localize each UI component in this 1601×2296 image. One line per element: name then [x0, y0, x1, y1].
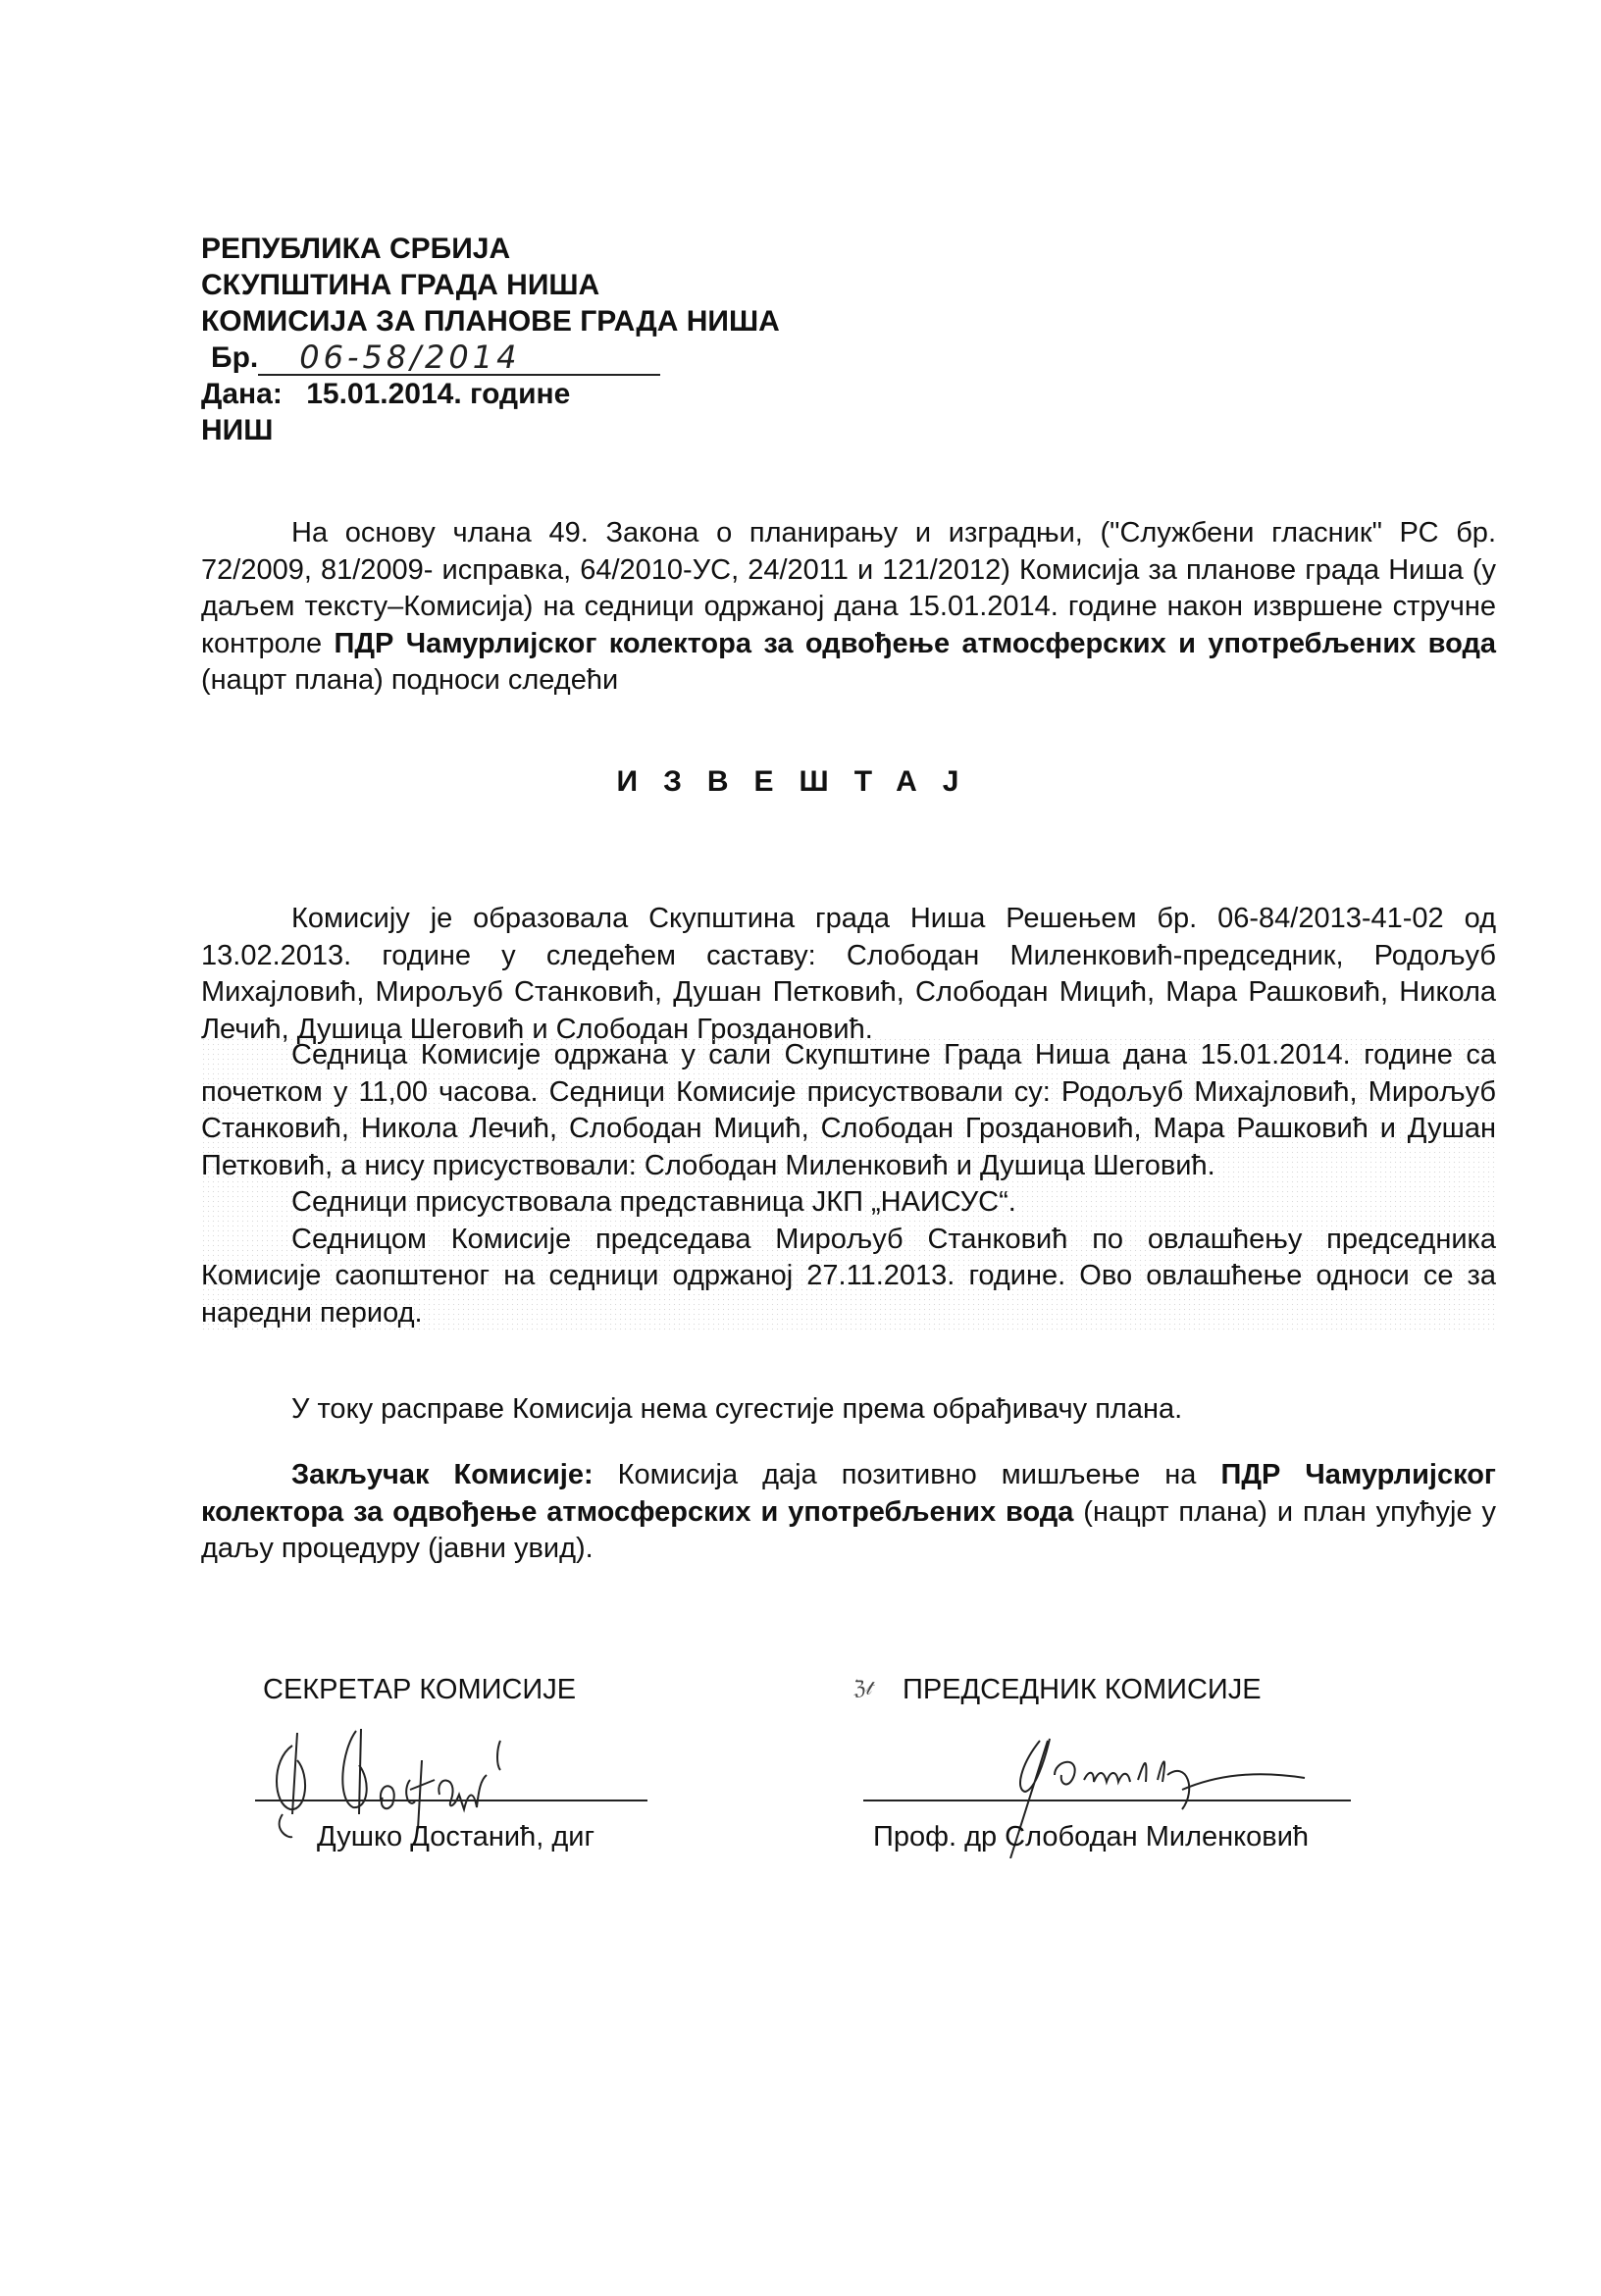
report-title: ИЗВЕШТАЈ	[0, 765, 1601, 799]
date-value: 15.01.2014. године	[306, 378, 570, 410]
president-title: ПРЕДСЕДНИК КОМИСИЈЕ	[853, 1674, 1364, 1706]
secretary-name: Душко Достанић, диг	[317, 1821, 594, 1853]
president-signature-block: ℨ𝓉 ПРЕДСЕДНИК КОМИСИЈЕ Проф. др Слободан…	[853, 1674, 1364, 1706]
header-city: НИШ	[201, 412, 780, 448]
handwritten-mark: ℨ𝓉	[853, 1676, 872, 1700]
conclusion-paragraph: Закључак Комисије: Комисија даја позитив…	[201, 1457, 1496, 1568]
session-block: Седница Комисије одржана у сали Скупштин…	[201, 1037, 1496, 1331]
header-republic: РЕПУБЛИКА СРБИЈА	[201, 231, 780, 267]
reference-number: Бр. 06-58/2014	[201, 339, 780, 376]
president-signature-line	[863, 1800, 1351, 1801]
intro-text-end: (нацрт плана) подноси следећи	[201, 664, 618, 696]
reference-label: Бр.	[211, 339, 258, 376]
intro-paragraph: На основу члана 49. Закона о планирању и…	[201, 515, 1496, 700]
header-assembly: СКУПШТИНА ГРАДА НИША	[201, 267, 780, 303]
session-paragraph: Седница Комисије одржана у сали Скупштин…	[201, 1037, 1496, 1184]
representative-paragraph: Седници присуствовала представница ЈКП „…	[201, 1184, 1496, 1222]
chair-paragraph: Седницом Комисије председава Мирољуб Ста…	[201, 1222, 1496, 1332]
conclusion-text: Комисија даја позитивно мишљење на	[594, 1459, 1221, 1490]
discussion-paragraph: У току расправе Комисија нема сугестије …	[201, 1391, 1496, 1429]
secretary-signature-block: СЕКРЕТАР КОМИСИЈЕ Душко Достанић, диг	[263, 1674, 655, 1706]
header-commission: КОМИСИЈА ЗА ПЛАНОВЕ ГРАДА НИША	[201, 303, 780, 339]
conclusion-label: Закључак Комисије:	[291, 1459, 594, 1490]
secretary-signature-line	[255, 1800, 647, 1801]
plan-name: ПДР Чамурлијског колектора за одвођење а…	[335, 628, 1497, 659]
document-header: РЕПУБЛИКА СРБИЈА СКУПШТИНА ГРАДА НИША КО…	[201, 231, 780, 448]
composition-paragraph: Комисију је образовала Скупштина града Н…	[201, 901, 1496, 1048]
date-label: Дана:	[201, 378, 283, 410]
document-date: Дана: 15.01.2014. године	[201, 376, 780, 412]
reference-value-handwritten: 06-58/2014	[258, 340, 660, 376]
secretary-title: СЕКРЕТАР КОМИСИЈЕ	[263, 1674, 655, 1706]
document-page: РЕПУБЛИКА СРБИЈА СКУПШТИНА ГРАДА НИША КО…	[0, 0, 1601, 2296]
president-name: Проф. др Слободан Миленковић	[873, 1821, 1309, 1853]
